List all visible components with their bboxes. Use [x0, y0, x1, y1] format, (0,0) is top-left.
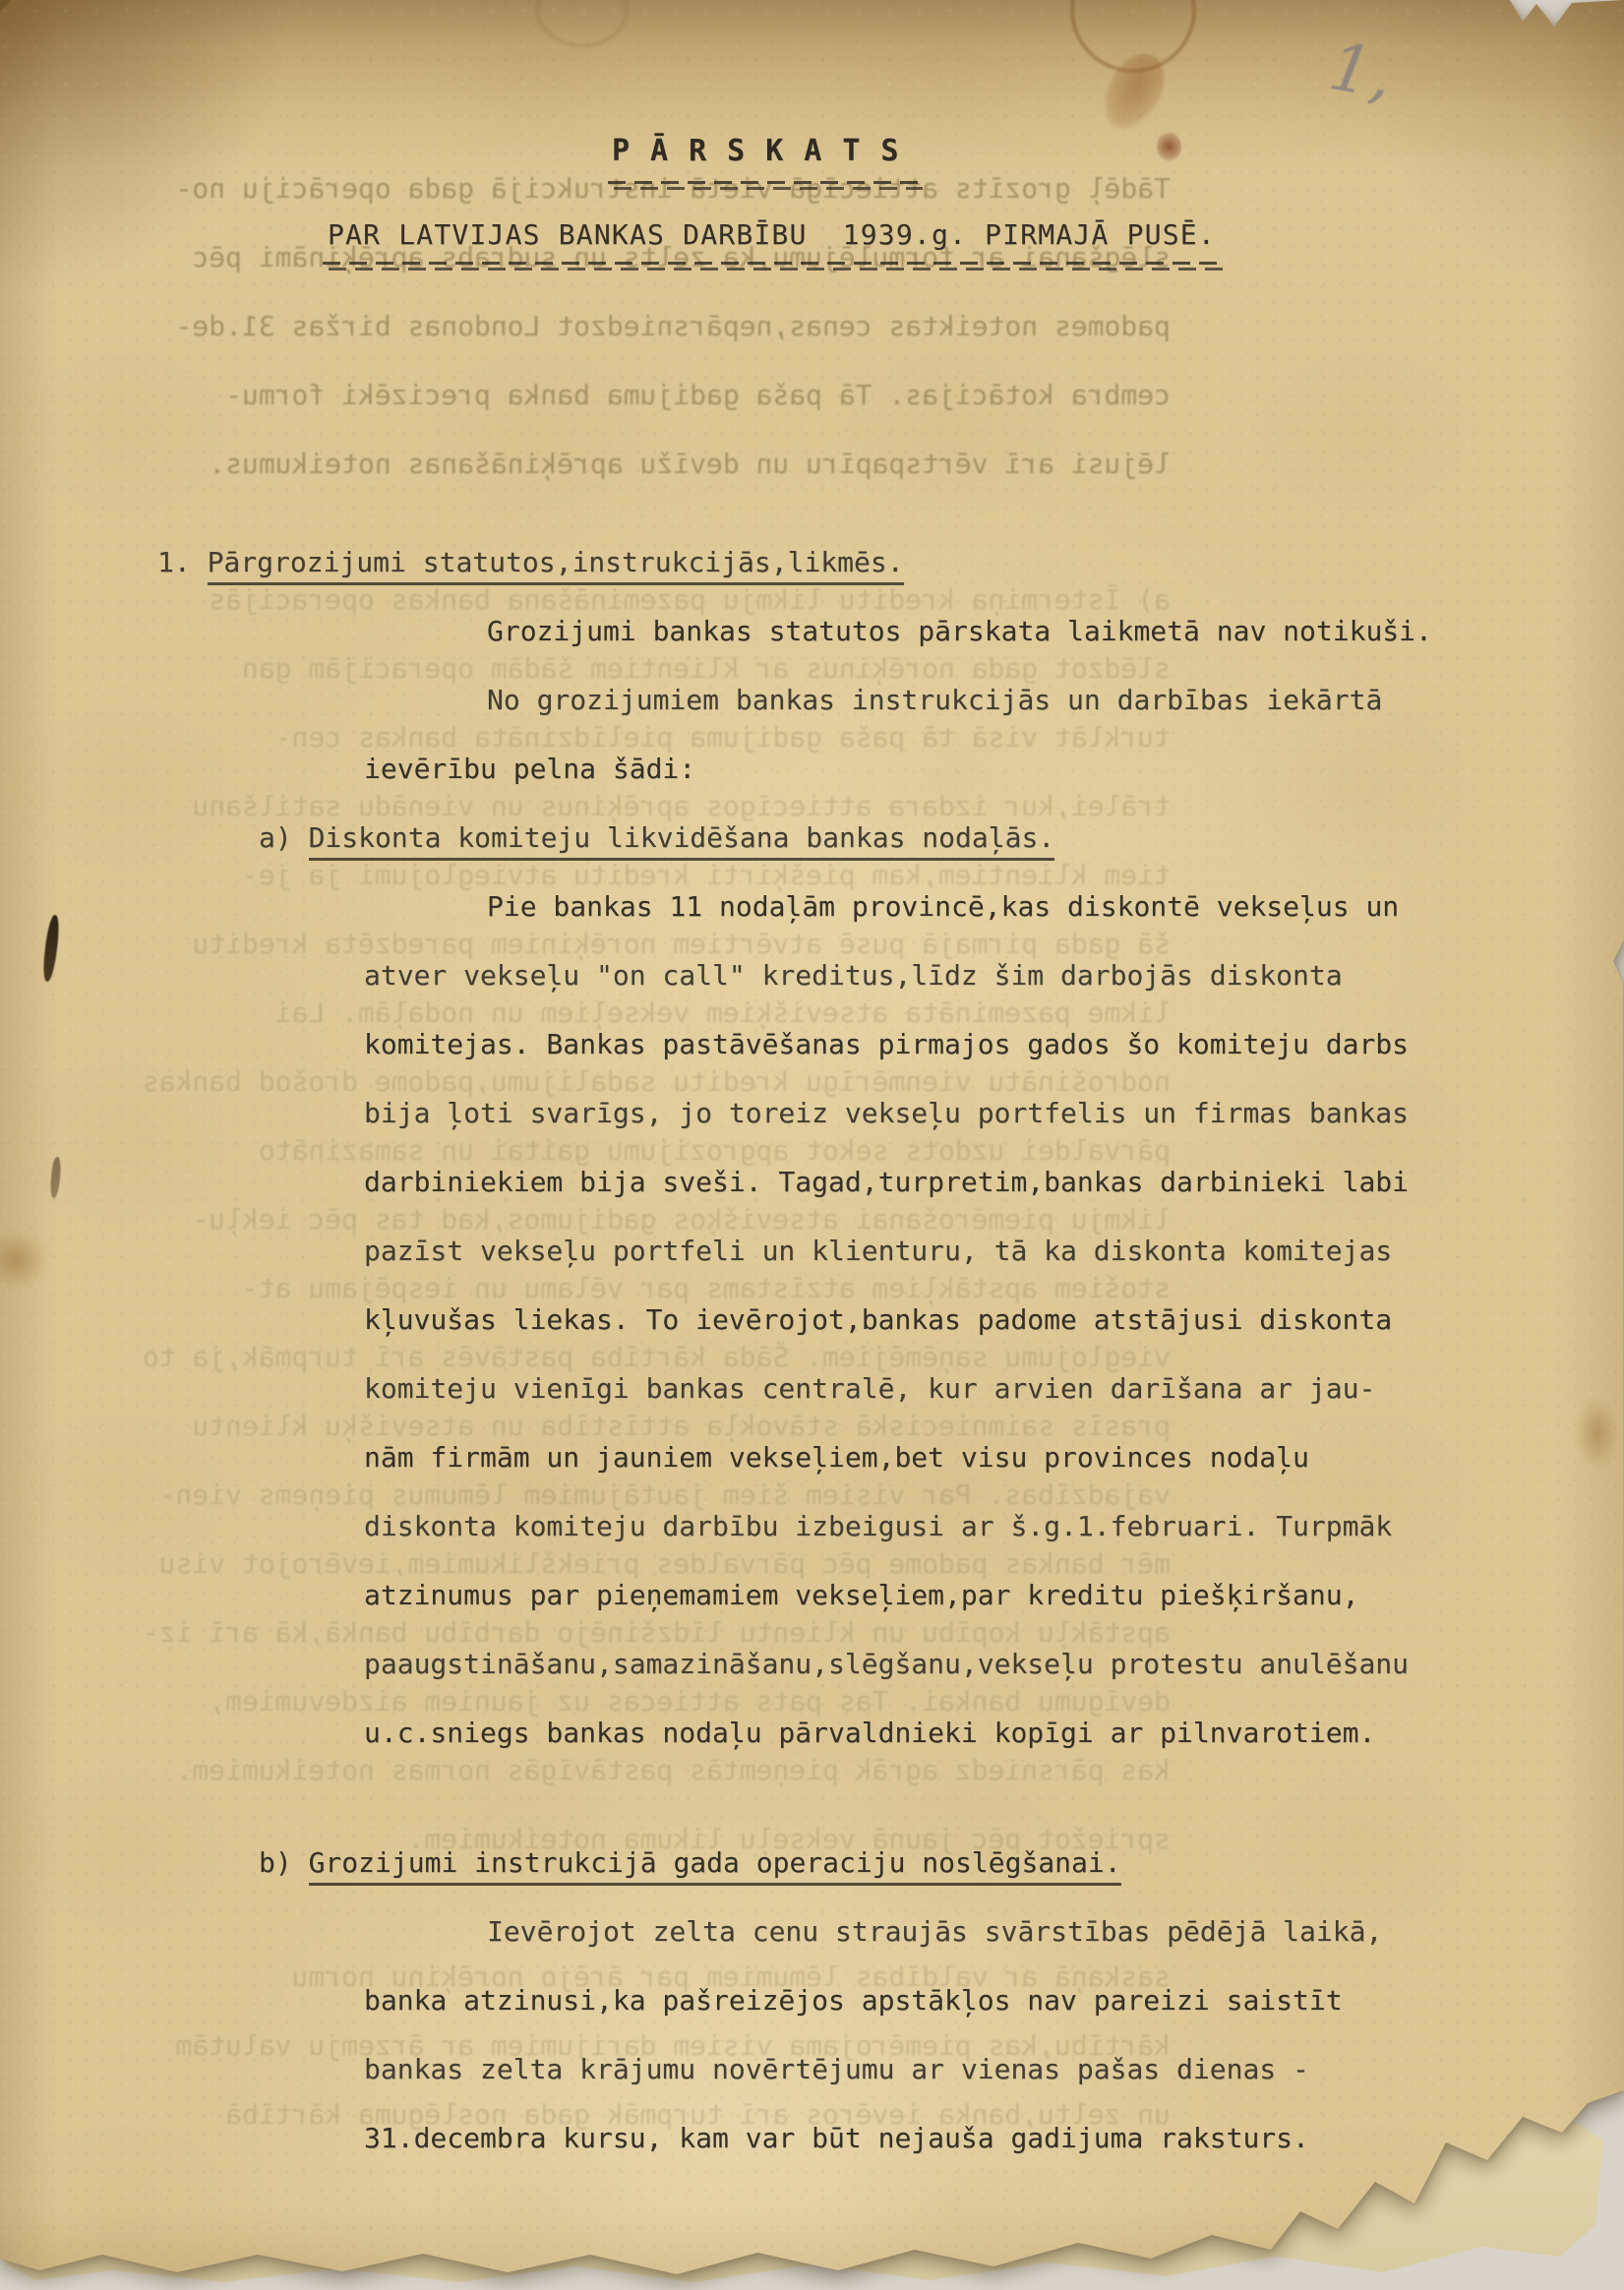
typed-line: ievērību pelna šādi:: [157, 750, 1594, 818]
line-text: atzinumus par pieņemamiem vekseļiem,par …: [364, 1579, 1358, 1611]
typed-line: u.c.sniegs bankas nodaļu pārvaldnieki ko…: [157, 1714, 1594, 1782]
line-text: Grozijumi bankas statutos pārskata laikm…: [487, 615, 1432, 647]
paragraph-gap: [157, 1782, 1594, 1843]
typed-line: nām firmām un jauniem vekseļiem,bet visu…: [157, 1438, 1594, 1507]
typed-line: paaugstināšanu,samazināšanu,slēgšanu,vek…: [157, 1645, 1594, 1714]
title-underline: [608, 181, 923, 191]
typed-line: 1. Pārgrozijumi statutos,instrukcijās,li…: [157, 543, 1594, 612]
typed-lines: 1. Pārgrozijumi statutos,instrukcijās,li…: [157, 543, 1594, 2188]
page-title: PĀRSKATS: [612, 134, 920, 168]
subtitle-underline: [323, 262, 1224, 271]
typed-line: 31.decembra kursu, kam var būt nejauša g…: [157, 2119, 1594, 2188]
underlined-heading-text: Diskonta komiteju likvidēšana bankas nod…: [309, 821, 1055, 861]
line-text: paaugstināšanu,samazināšanu,slēgšanu,vek…: [364, 1648, 1409, 1680]
typed-line: bija ļoti svarīgs, jo toreiz vekseļu por…: [157, 1094, 1594, 1163]
item-marker: a): [259, 821, 309, 854]
line-text: pazīst vekseļu portfeli un klienturu, tā…: [364, 1235, 1392, 1267]
typed-line: a) Diskonta komiteju likvidēšana bankas …: [157, 818, 1594, 887]
line-text: diskonta komiteju darbību izbeigusi ar š…: [364, 1510, 1392, 1542]
item-marker: 1.: [157, 546, 208, 578]
line-text: banka atzinusi,ka pašreizējos apstākļos …: [364, 1984, 1343, 2017]
typed-line: pazīst vekseļu portfeli un klienturu, tā…: [157, 1232, 1594, 1300]
line-text: u.c.sniegs bankas nodaļu pārvaldnieki ko…: [364, 1717, 1375, 1749]
document-page: Tādēļ grozīts attiecīgā vietā instrukcij…: [0, 0, 1624, 2290]
typed-line: darbiniekiem bija sveši. Tagad,turpretim…: [157, 1163, 1594, 1232]
line-text: ievērību pelna šādi:: [364, 753, 695, 785]
scanned-document: Tādēļ grozīts attiecīgā vietā instrukcij…: [0, 0, 1624, 2290]
line-text: komiteju vienīgi bankas centralē, kur ar…: [364, 1372, 1375, 1405]
line-text: nām firmām un jauniem vekseļiem,bet visu…: [364, 1441, 1309, 1474]
typed-line: banka atzinusi,ka pašreizējos apstākļos …: [157, 1981, 1594, 2050]
line-text: Ievērojot zelta cenu straujās svārstības…: [487, 1915, 1382, 1948]
typed-line: kļuvušas liekas. To ievērojot,bankas pad…: [157, 1300, 1594, 1369]
underlined-heading-text: Pārgrozijumi statutos,instrukcijās,likmē…: [208, 546, 904, 585]
typed-line: b) Grozijumi instrukcijā gada operaciju …: [157, 1843, 1594, 1912]
item-marker: b): [259, 1846, 309, 1879]
line-text: darbiniekiem bija sveši. Tagad,turpretim…: [364, 1166, 1409, 1198]
line-text: bija ļoti svarīgs, jo toreiz vekseļu por…: [364, 1097, 1409, 1129]
typed-line: No grozijumiem bankas instrukcijās un da…: [157, 681, 1594, 750]
page-subtitle: PAR LATVIJAS BANKAS DARBĪBU 1939.g. PIRM…: [328, 218, 1216, 251]
typed-line: Ievērojot zelta cenu straujās svārstības…: [157, 1912, 1594, 1981]
typed-line: bankas zelta krājumu novērtējumu ar vien…: [157, 2050, 1594, 2119]
paper-shadow-wrap: Tādēļ grozīts attiecīgā vietā instrukcij…: [0, 0, 1624, 2290]
line-text: No grozijumiem bankas instrukcijās un da…: [487, 684, 1382, 716]
line-text: atver vekseļu "on call" kreditus,līdz ši…: [364, 959, 1343, 992]
handwritten-page-number: 1,: [1324, 29, 1398, 114]
line-text: 31.decembra kursu, kam var būt nejauša g…: [364, 2122, 1309, 2154]
typed-line: komiteju vienīgi bankas centralē, kur ar…: [157, 1369, 1594, 1438]
typed-line: Pie bankas 11 nodaļām provincē,kas disko…: [157, 887, 1594, 956]
typed-line: Grozijumi bankas statutos pārskata laikm…: [157, 612, 1594, 681]
underlined-heading-text: Grozijumi instrukcijā gada operaciju nos…: [309, 1846, 1121, 1886]
line-text: Pie bankas 11 nodaļām provincē,kas disko…: [487, 890, 1399, 923]
typed-line: komitejas. Bankas pastāvēšanas pirmajos …: [157, 1025, 1594, 1094]
line-text: kļuvušas liekas. To ievērojot,bankas pad…: [364, 1303, 1392, 1336]
typed-content: PĀRSKATS PAR LATVIJAS BANKAS DARBĪBU 193…: [0, 0, 1624, 2290]
line-text: komitejas. Bankas pastāvēšanas pirmajos …: [364, 1028, 1409, 1060]
typed-line: diskonta komiteju darbību izbeigusi ar š…: [157, 1507, 1594, 1576]
line-text: bankas zelta krājumu novērtējumu ar vien…: [364, 2053, 1309, 2085]
typed-line: atzinumus par pieņemamiem vekseļiem,par …: [157, 1576, 1594, 1645]
typed-line: atver vekseļu "on call" kreditus,līdz ši…: [157, 956, 1594, 1025]
